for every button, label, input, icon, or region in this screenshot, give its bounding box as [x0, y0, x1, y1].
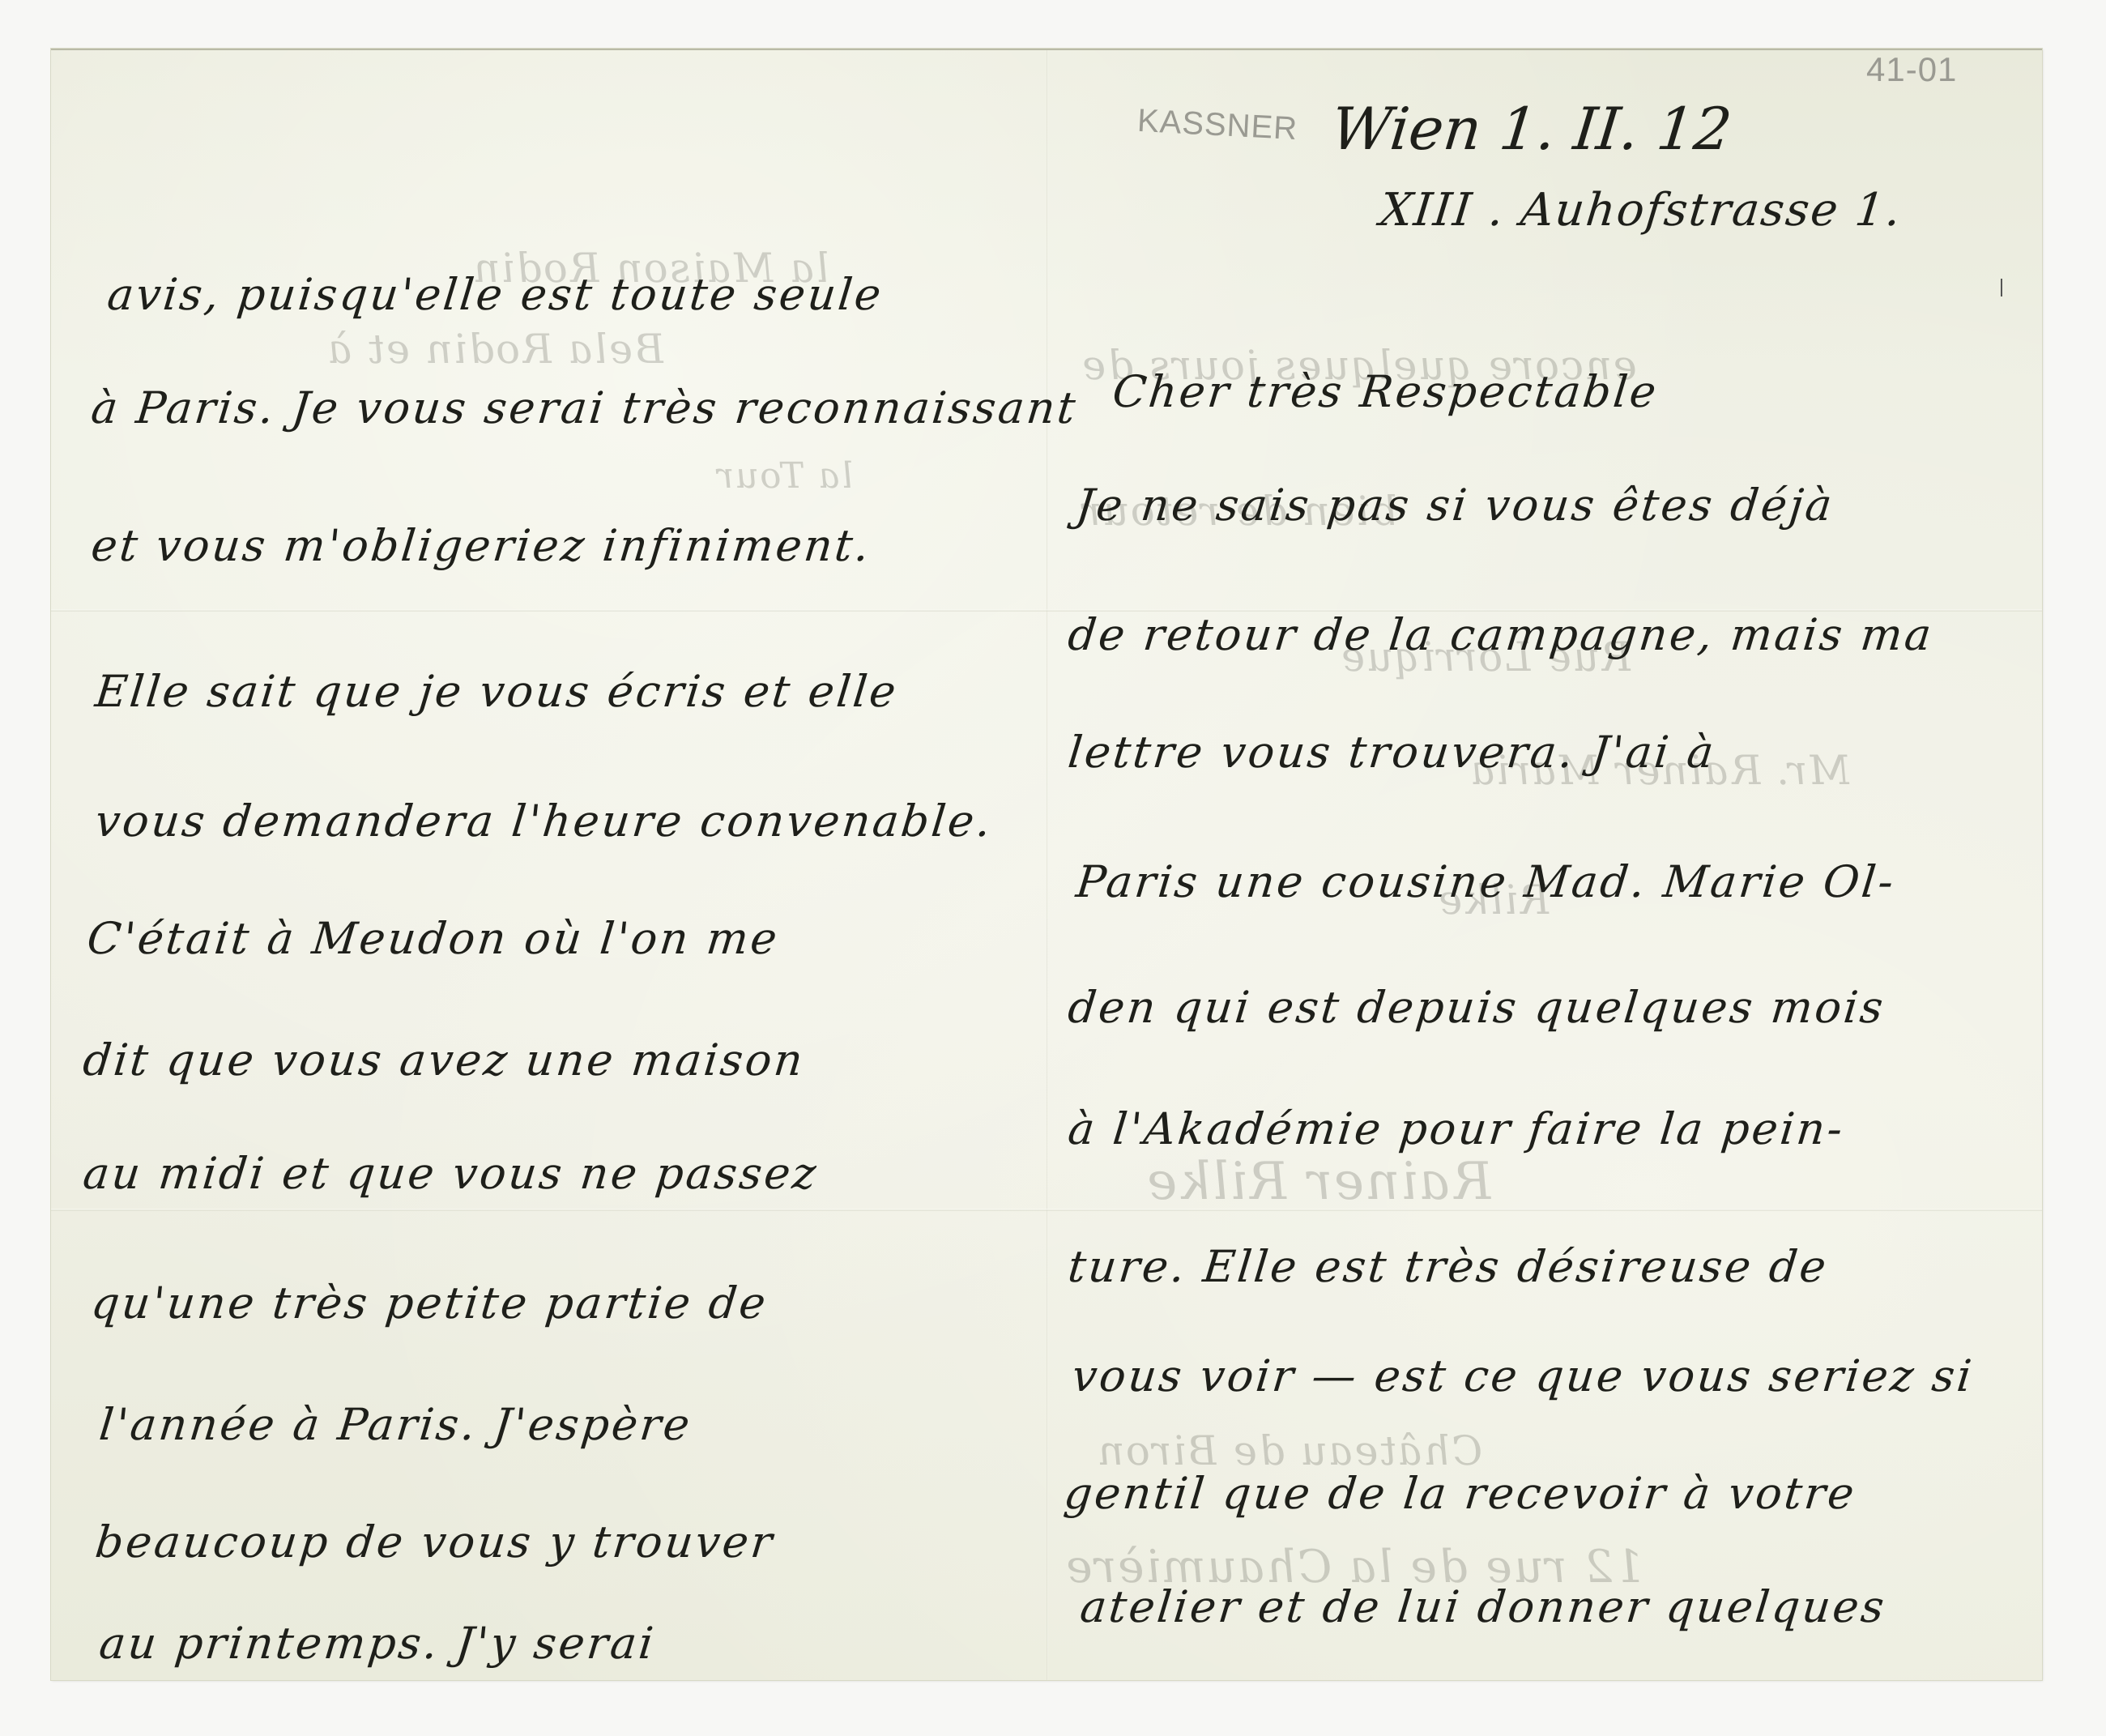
bleed-through-text: la Tour: [713, 455, 855, 497]
letter-line: vous voir — est ce que vous seriez si: [1070, 1350, 1976, 1401]
sender-address: XIII . Auhofstrasse 1.: [1378, 184, 1905, 237]
letter-line: vous demandera l'heure convenable.: [93, 795, 995, 847]
letter-line: C'était à Meudon où l'on me: [85, 913, 782, 964]
letter-line: ture. Elle est très désireuse de: [1066, 1241, 1831, 1292]
letter-line: Je ne sais pas si vous êtes déjà: [1074, 480, 1837, 531]
pen-mark: [2001, 279, 2002, 296]
bleed-through-text: Bela Rodin et à: [324, 326, 667, 373]
letter-sheet: la Maison Rodin Bela Rodin et à la Tour …: [51, 49, 2042, 1680]
letter-line: à Paris. Je vous serai très reconnaissan…: [89, 382, 1081, 433]
letter-line: au printemps. J'y serai: [97, 1618, 659, 1669]
archive-mark: KASSNER: [1136, 103, 1298, 147]
letter-line: l'année à Paris. J'espère: [97, 1399, 695, 1450]
catalog-number: 41-01: [1866, 50, 1957, 89]
left-page: la Maison Rodin Bela Rodin et à la Tour …: [51, 50, 1047, 1680]
right-page: KASSNER 41-01 Wien 1. II. 12 XIII . Auho…: [1048, 50, 2042, 1680]
letter-line: lettre vous trouvera. J'ai à: [1066, 727, 1719, 778]
letter-line: dit que vous avez une maison: [81, 1034, 808, 1086]
letter-line: et vous m'obligeriez infiniment.: [89, 520, 874, 571]
bleed-through-text: Rainer Rilke: [1142, 1152, 1495, 1212]
letter-line: gentil que de la recevoir à votre: [1062, 1468, 1859, 1519]
letter-line: den qui est depuis quelques mois: [1066, 982, 1888, 1033]
letter-line: à l'Akadémie pour faire la pein-: [1066, 1103, 1848, 1154]
letter-line: avis, puisqu'elle est toute seule: [105, 269, 886, 320]
letter-line: Paris une cousine Mad. Marie Ol-: [1074, 856, 1899, 907]
letter-line: atelier et de lui donner quelques: [1078, 1581, 1889, 1632]
letter-line: beaucoup de vous y trouver: [93, 1516, 778, 1568]
salutation: Cher très Respectable: [1111, 366, 1661, 417]
letter-line: Elle sait que je vous écris et elle: [93, 666, 901, 717]
place-date: Wien 1. II. 12: [1328, 95, 1735, 163]
letter-line: au midi et que vous ne passez: [81, 1148, 821, 1199]
letter-line: de retour de la campagne, mais ma: [1066, 609, 1936, 660]
letter-line: qu'une très petite partie de: [89, 1277, 770, 1329]
